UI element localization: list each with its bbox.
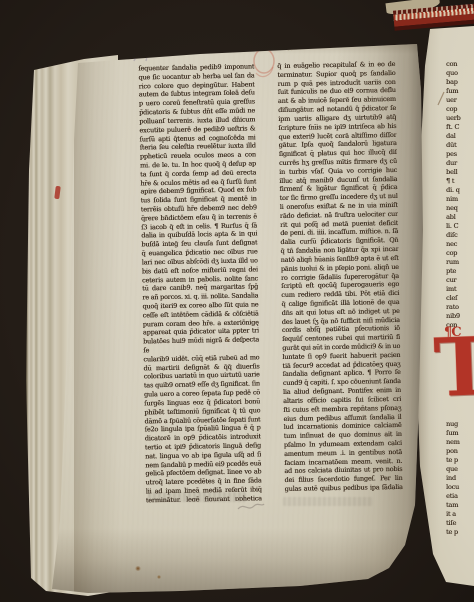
red-ring-annotation	[248, 46, 280, 82]
facing-page: con quo bap ſum uer cop uerb ft. C dal d…	[412, 26, 474, 586]
page-curl-shadow	[0, 528, 474, 598]
ink-offset-smudge	[148, 492, 246, 502]
gutter-shadow	[336, 40, 424, 596]
text-column-left: ſequenter ſandalia pedib9 imponunt que ſ…	[138, 62, 262, 502]
foxing-stain	[62, 47, 71, 55]
photo-open-incunabulum-book: con quo bap ſum uer cop uerb ft. C dal d…	[0, 0, 474, 602]
pencil-squiggle-mark	[124, 36, 152, 64]
foxing-stain	[225, 338, 230, 342]
pencil-bottom-mark	[236, 500, 266, 514]
pencil-inscription: + p	[85, 41, 115, 57]
facing-page-column-fragment: con quo bap ſum uer cop uerb ft. C dal d…	[446, 60, 474, 336]
facing-page-column-fragment: nug ſum nem pon te p que ind locu etia t…	[446, 420, 474, 542]
